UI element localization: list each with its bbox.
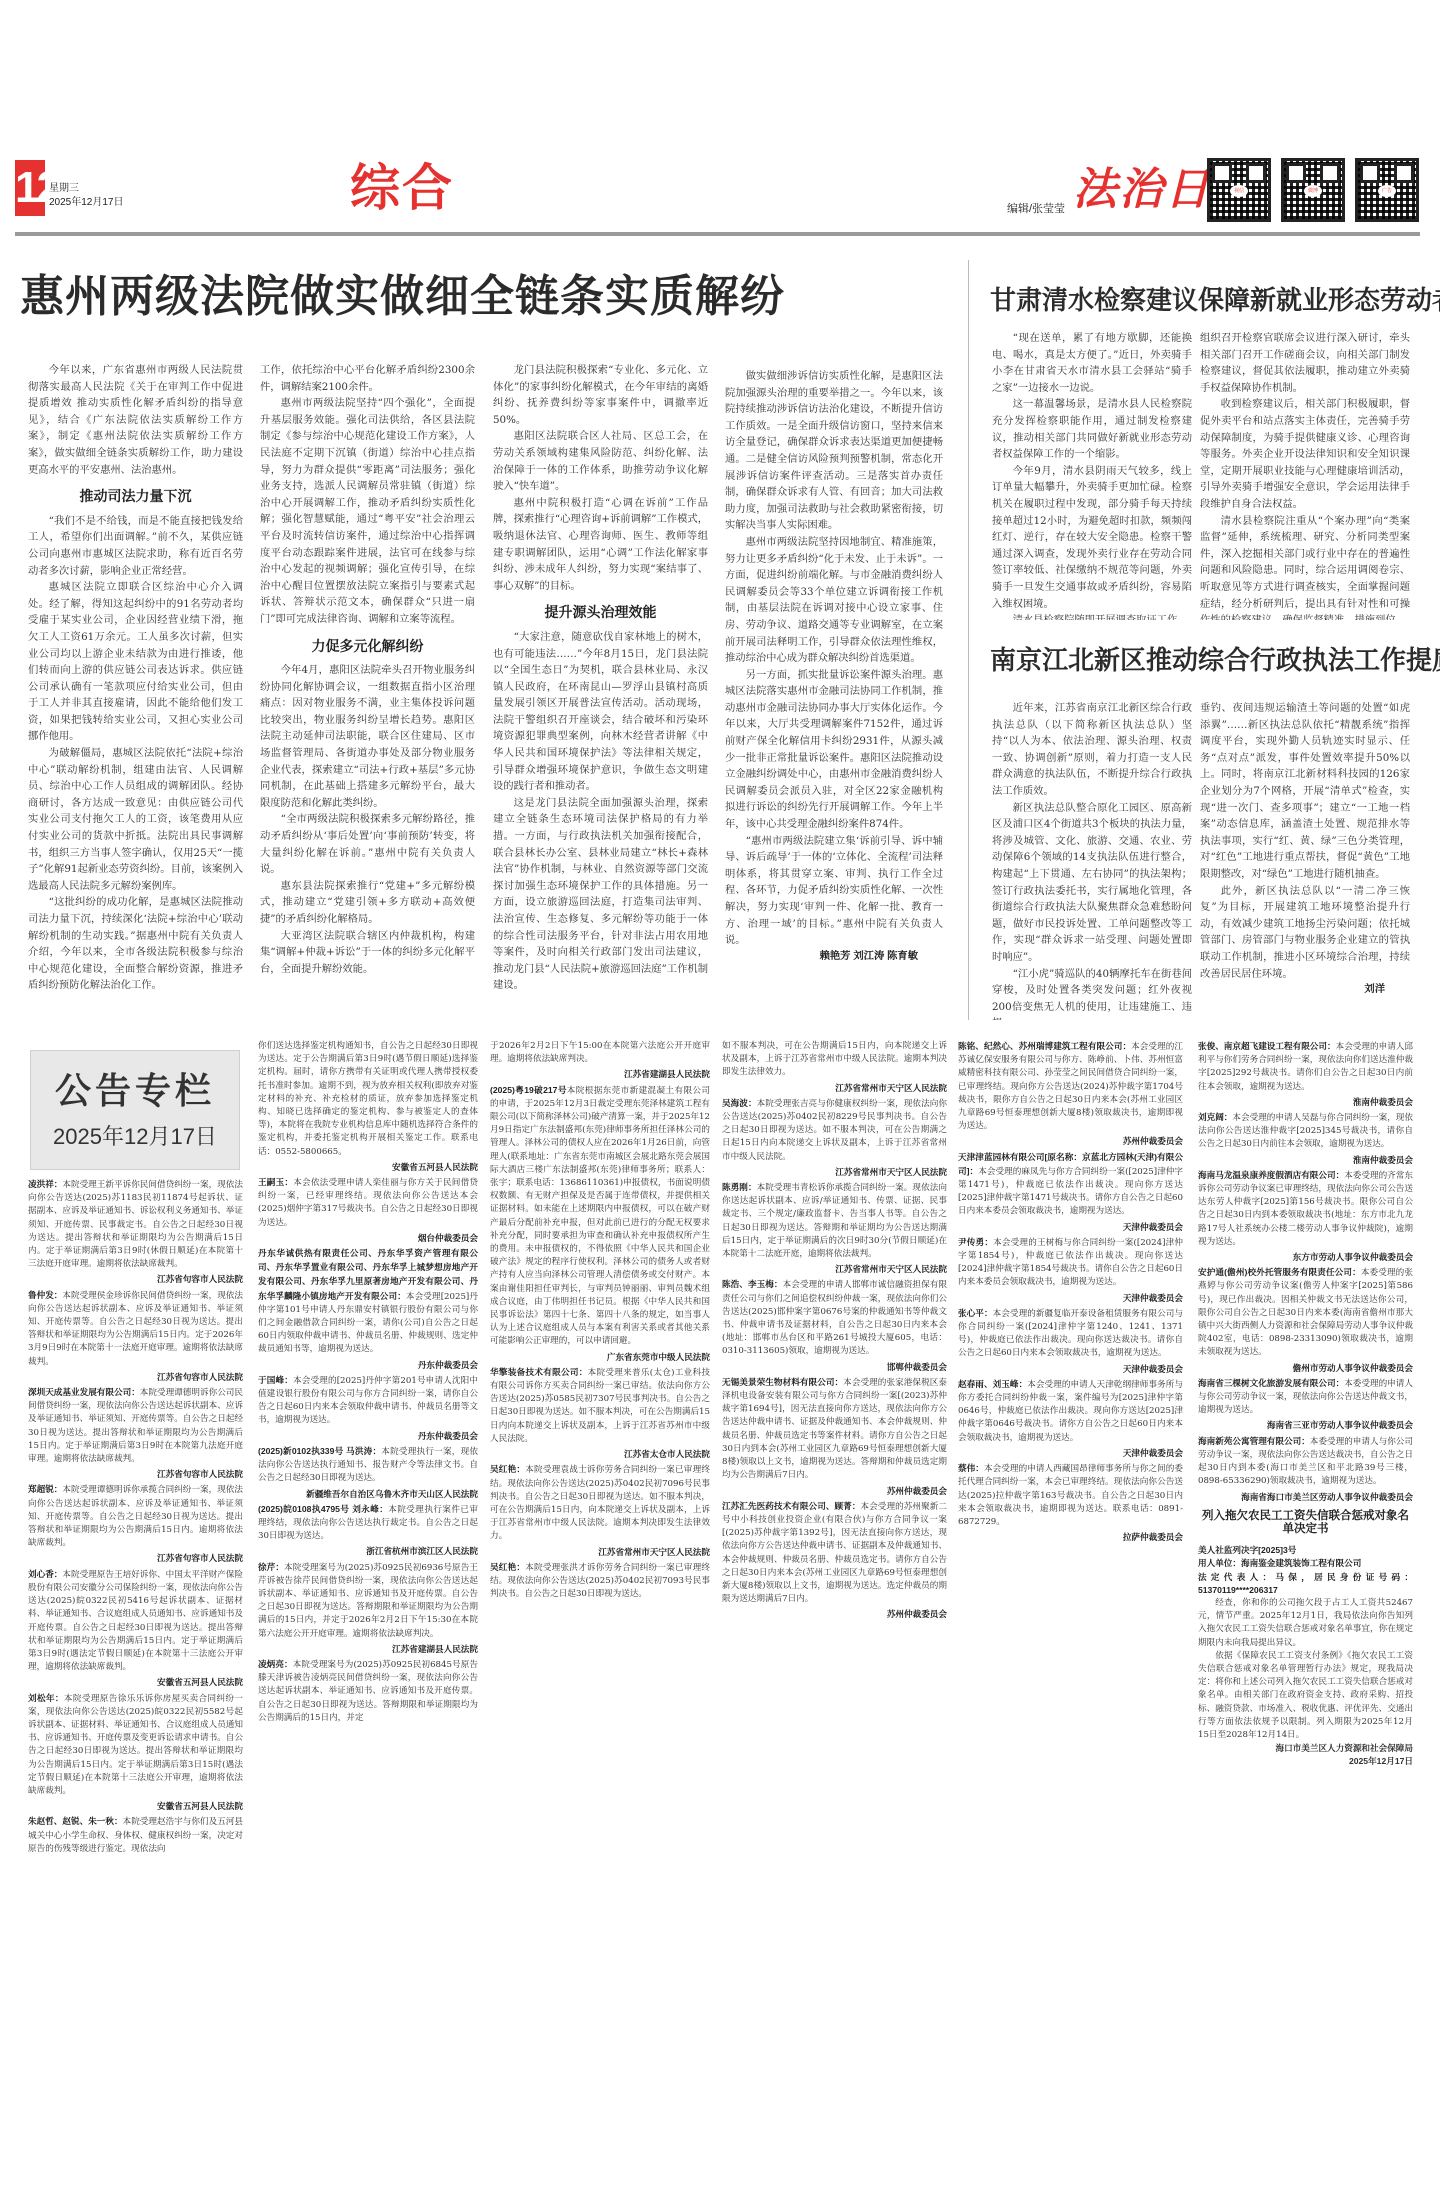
- notice-body: 本院受理谭德明诉你承揽合同纠纷一案，现依法向你公告送达起诉状副本、应诉及举证通知…: [28, 1485, 243, 1548]
- notice-issuer: 江苏省句容市人民法院: [28, 1273, 243, 1286]
- notice-body: 本会受理的新疆复临开泰设备租赁服务有限公司与你合同纠纷一案([2024]津仲字第…: [958, 1309, 1183, 1359]
- notice-body: 本院受理袁战士诉你劳务合同纠纷一案已审理终结。现依法向你公告送达(2025)苏0…: [490, 1465, 710, 1541]
- notice-body: 本会受理的张家港保税区泰泽机电设备安装有限公司与你方合同纠纷一案[(2023)苏…: [722, 1378, 947, 1480]
- legal-notice: 深圳天成基业发展有限公司：本院受理谭德明诉你公司民间借贷纠纷一案，现依法向你公告…: [28, 1386, 243, 1466]
- article-paragraph: 近年来，江苏省南京江北新区综合行政执法总队（以下简称新区执法总队）坚持“以人为本…: [992, 700, 1192, 800]
- legal-notice: 丹东华诚供热有限责任公司、丹东华孚资产管理有限公司、丹东华孚置业有限公司、丹东华…: [258, 1247, 478, 1357]
- notice-body: 于2026年2月2日下午15:00在本院第六法庭公开开庭审理。逾期将依法缺席判决…: [490, 1041, 710, 1064]
- legal-notice: 吴红艳：本院受理袁战士诉你劳务合同纠纷一案已审理终结。现依法向你公告送达(202…: [490, 1463, 710, 1543]
- notice-recipient: 陈铭、纪然心、苏州瑞博建筑工程有限公司：: [958, 1041, 1131, 1051]
- article-paragraph: 垂钓、夜间违规运输渣土等问题的处置“如虎添翼”……新区执法总队依托“精靓系统”指…: [1200, 700, 1410, 883]
- notice-issuer: 江苏省句容市人民法院: [28, 1371, 243, 1384]
- notice-issuer: 苏州仲裁委员会: [722, 1608, 947, 1621]
- notice-issuer: 天津仲裁委员会: [958, 1363, 1183, 1376]
- legal-notice: 安护通(儋州)校外托管服务有限责任公司：本委受理的张燕婷与你公司劳动争议案(儋劳…: [1198, 1266, 1413, 1359]
- notice-issuer: 丹东仲裁委员会: [258, 1359, 478, 1372]
- notice-issuer: 天津仲裁委员会: [958, 1447, 1183, 1460]
- legal-notice: 刘心香：本院受理原告王培好诉你、中国太平洋财产保险股份有限公司安徽分公司保险纠纷…: [28, 1568, 243, 1675]
- article-paragraph: 这一幕温馨场景，是清水县人民检察院充分发挥检察职能作用，通过制发检察建议，推动相…: [992, 396, 1192, 462]
- column-divider: [968, 260, 969, 1020]
- article-paragraph: 惠城区法院立即联合区综治中心介入调处。经了解，得知这起纠纷中的91名劳动者均受雇…: [28, 579, 243, 745]
- legal-notice: 朱赵哲、赵锐、朱一秋：本院受理赵浩宇与你们及五河县城关中心小学生命权、身体权、健…: [28, 1815, 243, 1856]
- legal-notice: 刘克阔：本会受理的申请人吴磊与你合同纠纷一案，现依法向你公告送达淮仲裁字[202…: [1198, 1111, 1413, 1152]
- notice-recipient: 郑超锐：: [28, 1484, 62, 1494]
- article-paragraph: “全市两级法院积极探索多元解纷路径，推动矛盾纠纷从‘事后处置’向‘事前预防’转变…: [260, 811, 475, 877]
- notice-recipient: 吴红艳：: [490, 1464, 525, 1474]
- qr-label: 广告: [1378, 185, 1396, 197]
- legal-notice: 郑超锐：本院受理谭德明诉你承揽合同纠纷一案，现依法向你公告送达起诉状副本、应诉及…: [28, 1483, 243, 1550]
- legal-notice: 天津津蓝园林有限公司[原名称：京蓝北方园林(天津)有限公司]：本会受理的麻凤先与…: [958, 1151, 1183, 1219]
- weekday-label: 星期三: [49, 182, 124, 196]
- article-paragraph: 为破解僵局，惠城区法院依托“法院+综治中心”联动解纷机制，组建由法官、人民调解员…: [28, 745, 243, 894]
- notice-issuer: 浙江省杭州市滨江区人民法院: [258, 1545, 478, 1558]
- notice-recipient: 凌洪祥：: [28, 1179, 62, 1189]
- article-paragraph: 收到检察建议后，相关部门积极履职，督促外卖平台和站点落实主体责任，完善骑手劳动保…: [1200, 396, 1410, 512]
- notice-recipient: 蔡伟：: [958, 1463, 984, 1473]
- notice-issuer: 江苏省常州市天宁区人民法院: [722, 1082, 947, 1095]
- decision-paragraph: 经查，你和你的公司拖欠段于占工人工资共52467元，情节严重。2025年12月1…: [1198, 1597, 1413, 1650]
- notice-recipient: 尹传勇：: [958, 1237, 993, 1247]
- legal-notice: 于2026年2月2日下午15:00在本院第六法庭公开开庭审理。逾期将依法缺席判决…: [490, 1040, 710, 1066]
- legal-notice: 王嗣玉：本会依法受理申请人栾佳丽与你方关于民间借贷纠纷一案，已经审理终结。现依法…: [258, 1176, 478, 1230]
- notice-issuer: 新疆维吾尔自治区乌鲁木齐市天山区人民法院: [258, 1488, 478, 1501]
- notice-recipient: 吴海波：: [722, 1098, 757, 1108]
- notice-issuer: 淮南仲裁委员会: [1198, 1154, 1413, 1167]
- notice-column-6: 张俊、南京超飞建设工程有限公司：本会受理的申请人邱利平与你们劳务合同纠纷一案，现…: [1198, 1040, 1413, 2168]
- legal-notice: 你们送达选择鉴定机构通知书，自公告之日起经30日即视为送达。定于公告期满后第3日…: [258, 1040, 478, 1159]
- side-article-1-column-1: “现在送单，累了有地方歇脚，还能换电、喝水，真是太方便了。”近日，外卖骑手小李在…: [992, 330, 1192, 620]
- notice-body: 你们送达选择鉴定机构通知书，自公告之日起经30日即视为送达。定于公告期满后第3日…: [258, 1041, 478, 1157]
- legal-notice: 陈铭、纪然心、苏州瑞博建筑工程有限公司：本会受理的江苏诚亿保安服务有限公司与你方…: [958, 1040, 1183, 1133]
- notice-issuer: 江苏省建湖县人民法院: [258, 1643, 478, 1656]
- decision-employer: 用人单位：海南鉴金建筑装饰工程有限公司: [1198, 1557, 1413, 1570]
- notice-body: 本会受理[2025]丹仲字第101号申请人丹东鼎安村镇银行股份有限公司与你们之间…: [258, 1292, 478, 1355]
- legal-notice: 海南新苑公寓管理有限公司：本委受理的申请人与你公司劳动争议一案，现依法向你公告送…: [1198, 1435, 1413, 1489]
- notice-banner-title: 公告专栏: [31, 1063, 239, 1114]
- legal-notice: 无锡美景荣生物材料有限公司：本会受理的张家港保税区泰泽机电设备安装有限公司与你方…: [722, 1376, 947, 1483]
- notice-body: 本院根据东莞市新建混凝土有限公司的申请，于2025年12月3日裁定受理东莞泽林建…: [490, 1086, 710, 1347]
- notice-body: 本会受理的申请人天津乾纲律师事务所与你方委托合同纠纷仲裁一案，案件编号为[202…: [958, 1380, 1183, 1443]
- decision-paragraph: 依据《保障农民工工资支付条例》《拖欠农民工工资失信联合惩戒对象名单管理暂行办法》…: [1198, 1650, 1413, 1742]
- qr-code-icon[interactable]: 微博: [1281, 158, 1345, 222]
- notice-recipient: 鲁仲发：: [28, 1290, 62, 1300]
- side-article-2-column-2: 垂钓、夜间违规运输渣土等问题的处置“如虎添翼”……新区执法总队依托“精靓系统”指…: [1200, 700, 1410, 1020]
- notice-recipient: 徐芹：: [258, 1562, 284, 1572]
- notice-issuer: 江苏省句容市人民法院: [28, 1552, 243, 1565]
- section-subheading: 推动司法力量下沉: [28, 488, 243, 505]
- notice-issuer: 天津仲裁委员会: [958, 1292, 1183, 1305]
- notice-column-3: 于2026年2月2日下午15:00在本院第六法庭公开开庭审理。逾期将依法缺席判决…: [490, 1040, 710, 2168]
- page-number-badge: 12: [15, 160, 45, 216]
- notice-issuer: 淮南仲裁委员会: [1198, 1096, 1413, 1109]
- article-paragraph: 大亚湾区法院联合辖区内仲裁机构，构建集“调解+仲裁+诉讼”于一体的纠纷多元化解平…: [260, 928, 475, 978]
- legal-notice: 徐芹：本院受理案号为(2025)苏0925民初6936号原告王芹诉被告徐芹民间借…: [258, 1561, 478, 1641]
- legal-notice: 尹传勇：本会受理的王树梅与你合同纠纷一案([2024]津仲字第1854号)，仲裁…: [958, 1236, 1183, 1290]
- notice-recipient: 刘克阔：: [1198, 1112, 1232, 1122]
- notice-recipient: 江苏汇先医药技术有限公司、顾菁：: [722, 1501, 860, 1511]
- notice-body: 本院受理案号为(2025)苏0925民初6936号原告王芹诉被告徐芹民间借贷纠纷…: [258, 1563, 478, 1639]
- article-paragraph: 惠州市两级法院坚持因地制宜、精准施策，努力让更多矛盾纠纷“化于未发、止于未诉”。…: [725, 534, 943, 667]
- article-paragraph: “我们不是不给钱，而是不能直接把钱发给工人，希望你们出面调解。”前不久，某供应链…: [28, 513, 243, 579]
- article-paragraph: 做实做细涉诉信访实质性化解，是惠阳区法院加强源头治理的重要举措之一。今年以来，该…: [725, 368, 943, 534]
- article-paragraph: 今年4月，惠阳区法院牵头召开物业服务纠纷协同化解协调会议，一组数据直指小区治理痛…: [260, 662, 475, 811]
- legal-notice: 张俊、南京超飞建设工程有限公司：本会受理的申请人邱利平与你们劳务合同纠纷一案，现…: [1198, 1040, 1413, 1094]
- section-title: 综合: [350, 160, 454, 216]
- notice-issuer: 拉萨仲裁委员会: [958, 1531, 1183, 1544]
- legal-notice: 陈勇刚：本院受理韦青松诉你承揽合同纠纷一案。现依法向你送达起诉状副本、应诉/举证…: [722, 1181, 947, 1261]
- notice-body: 本委受理的张燕婷与你公司劳动争议案(儋劳人仲案字[2025]第586号)，现已作…: [1198, 1268, 1413, 1357]
- notice-recipient: 深圳天成基业发展有限公司：: [28, 1387, 140, 1397]
- legal-notice: 赵春雨、刘玉峰：本会受理的申请人天津乾纲律师事务所与你方委托合同纠纷仲裁一案，案…: [958, 1378, 1183, 1445]
- notice-issuer: 海南省三亚市劳动人事争议仲裁委员会: [1198, 1419, 1413, 1432]
- notice-issuer: 苏州仲裁委员会: [958, 1135, 1183, 1148]
- side-article-1-column-2: 组织召开检察官联席会议进行深入研讨，牵头相关部门召开工作磋商会议，向相关部门制发…: [1200, 330, 1410, 620]
- legal-notice: 吴红艳：本院受理张洪才诉你劳务合同纠纷一案已审理终结。现依法向你公告送达(202…: [490, 1561, 710, 1602]
- notice-column-2: 你们送达选择鉴定机构通知书，自公告之日起经30日即视为送达。定于公告期满后第3日…: [258, 1040, 478, 2168]
- section-subheading: 提升源头治理效能: [493, 604, 708, 621]
- legal-notice: 江苏汇先医药技术有限公司、顾菁：本会受理的苏州聚新二号中小科技创业投资企业(有限…: [722, 1500, 947, 1607]
- notice-body: 本院受理侯金珍诉你民间借贷纠纷一案，现依法向你公告送达起诉状副本、应诉及举证通知…: [28, 1291, 243, 1367]
- legal-notice: 华擎装备技术有限公司：本院受理来普乐(太仓)工业科技有限公司诉你方买卖合同纠纷一…: [490, 1366, 710, 1446]
- notice-column-4: 如不服本判决，可在公告期满后15日内，向本院递交上诉状及副本，上诉于江苏省常州市…: [722, 1040, 947, 2168]
- qr-label: 视信: [1230, 185, 1248, 197]
- notice-issuer: 邯郸仲裁委员会: [722, 1361, 947, 1374]
- legal-notice: 张心平：本会受理的新疆复临开泰设备租赁服务有限公司与你合同纠纷一案([2024]…: [958, 1307, 1183, 1361]
- notice-issuer: 海南省海口市美兰区劳动人事争议仲裁委员会: [1198, 1491, 1413, 1504]
- main-article-headline: 惠州两级法院做实做细全链条实质解纷: [20, 260, 785, 324]
- article-paragraph: 惠阳区法院联合区人社局、区总工会，在劳动关系领域构建集风险防范、纠纷化解、法治保…: [493, 428, 708, 494]
- notice-recipient: 陈浩、李玉梅：: [722, 1279, 783, 1289]
- main-article-column-2: 工作，依托综治中心平台化解矛盾纠纷2300余件，调解结案2100余件。惠州市两级…: [260, 362, 475, 1022]
- notice-body: 本委受理的齐常东诉你公司劳动争议案已审理终结，现依法向你公司公告送达东劳人仲裁字…: [1198, 1171, 1413, 1247]
- legal-notice: 海南省三棵树文化旅游发展有限公司：本委受理的申请人与你公司劳动争议一案，现依法向…: [1198, 1377, 1413, 1418]
- notice-banner-date: 2025年12月17日: [31, 1120, 239, 1151]
- legal-notice: (2025)新0102执339号 马洪涛：本院受理执行一案，现依法向你公告送达执…: [258, 1445, 478, 1486]
- qr-label: 微博: [1304, 185, 1322, 197]
- page-masthead: 12 星期三 2025年12月17日 综合 编辑/张莹莹 法治日报 视信 微博 …: [15, 160, 1420, 265]
- notice-recipient: 无锡美景荣生物材料有限公司：: [722, 1377, 843, 1387]
- legal-notice: 陈浩、李玉梅：本会受理的申请人邯郸市诚信融资担保有限责任公司与你们之间追偿权纠纷…: [722, 1278, 947, 1358]
- notice-body: 本院受理王新平诉你民间借贷纠纷一案，现依法向你公告送达(2025)苏1183民初…: [28, 1180, 243, 1269]
- notice-body: 如不服本判决，可在公告期满后15日内，向本院递交上诉状及副本，上诉于江苏省常州市…: [722, 1041, 947, 1077]
- notice-items: 张俊、南京超飞建设工程有限公司：本会受理的申请人邱利平与你们劳务合同纠纷一案，现…: [1198, 1040, 1413, 1504]
- article-paragraph: 惠州中院积极打造“心调在诉前”工作品牌，探索推行“心理咨询+诉前调解”工作模式，…: [493, 495, 708, 595]
- notice-recipient: 张心平：: [958, 1308, 993, 1318]
- decision-legal-rep: 法定代表人：马保，居民身份证号码：51370119****206317: [1198, 1571, 1413, 1597]
- notice-body: 本院受理张吉亮与你健康权纠纷一案，现依法向你公告送达(2025)苏0402民初8…: [722, 1099, 947, 1162]
- legal-notice: 于国峰：本会受理的[2025]丹仲字第201号申请人沈阳中值建设银行股份有限公司…: [258, 1374, 478, 1428]
- legal-notice: 鲁仲发：本院受理侯金珍诉你民间借贷纠纷一案，现依法向你公告送达起诉状副本、应诉及…: [28, 1289, 243, 1369]
- notice-recipient: 张俊、南京超飞建设工程有限公司：: [1198, 1041, 1336, 1051]
- article-paragraph: 惠东县法院探索推行“党建+”多元解纷模式，推动建立“党建引领+多方联动+高效便捷…: [260, 878, 475, 928]
- article-paragraph: 此外，新区执法总队以“一清二净三恢复”为目标，开展建筑工地环境整治提升行动，有效…: [1200, 883, 1410, 983]
- notice-recipient: 刘松年：: [28, 1693, 64, 1703]
- article-paragraph: 这是龙门县法院全面加强源头治理，探索建立全链条生态环境司法保护格局的有力举措。一…: [493, 795, 708, 994]
- notice-recipient: 于国峰：: [258, 1375, 293, 1385]
- notice-recipient: 华擎装备技术有限公司：: [490, 1367, 588, 1377]
- legal-notice: 蔡伟：本会受理的申请人西藏国昂律师事务所与你之间的委托代理合同纠纷一案，本会已审…: [958, 1462, 1183, 1529]
- notice-recipient: 海南省三棵树文化旅游发展有限公司：: [1198, 1378, 1344, 1388]
- notice-issuer: 苏州仲裁委员会: [722, 1485, 947, 1498]
- notice-issuer: 儋州市劳动人事争议仲裁委员会: [1198, 1362, 1413, 1375]
- notice-body: 本会受理的申请人西藏国昂律师事务所与你之间的委托代理合同纠纷一案，本会已审理终结…: [958, 1464, 1183, 1527]
- notice-recipient: (2025)皖0108执4795号 刘永峰：: [258, 1504, 388, 1514]
- section-subheading: 力促多元化解纠纷: [260, 638, 475, 655]
- notice-column-5: 陈铭、纪然心、苏州瑞博建筑工程有限公司：本会受理的江苏诚亿保安服务有限公司与你方…: [958, 1040, 1183, 2168]
- notice-recipient: (2025)粤19破217号: [490, 1085, 567, 1095]
- legal-notice: 如不服本判决，可在公告期满后15日内，向本院递交上诉状及副本，上诉于江苏省常州市…: [722, 1040, 947, 1080]
- side-article-1-headline: 甘肃清水检察建议保障新就业形态劳动者权益: [990, 280, 1440, 317]
- article-paragraph: 另一方面，抓实批量诉讼案件源头治理。惠城区法院落实惠州市金融司法协同工作机制，推…: [725, 667, 943, 833]
- notice-recipient: 海南新苑公寓管理有限公司：: [1198, 1436, 1310, 1446]
- article-paragraph: “现在送单，累了有地方歇脚，还能换电、喝水，真是太方便了。”近日，外卖骑手小李在…: [992, 330, 1192, 396]
- notice-recipient: (2025)新0102执339号 马洪涛：: [258, 1446, 381, 1456]
- article-paragraph: 今年9月，清水县阴雨天气较多，线上订单量大幅攀升，外卖骑手更加忙碌。检察机关在履…: [992, 463, 1192, 612]
- notice-column-banner: 公告专栏 2025年12月17日: [30, 1050, 240, 1170]
- legal-notice: 吴海波：本院受理张吉亮与你健康权纠纷一案，现依法向你公告送达(2025)苏040…: [722, 1097, 947, 1164]
- notice-issuer: 天津仲裁委员会: [958, 1221, 1183, 1234]
- legal-notice: (2025)粤19破217号本院根据东莞市新建混凝土有限公司的申请，于2025年…: [490, 1084, 710, 1349]
- notice-recipient: 吴红艳：: [490, 1562, 525, 1572]
- notice-body: 本院受理谭德明诉你公司民间借贷纠纷一案，现依法向你公告送达起诉状副本、应诉及举证…: [28, 1388, 243, 1464]
- notice-issuer: 东方市劳动人事争议仲裁委员会: [1198, 1251, 1413, 1264]
- notice-recipient: 朱赵哲、赵锐、朱一秋：: [28, 1816, 123, 1826]
- editor-credit: 编辑/张莹莹: [1007, 200, 1065, 216]
- article-paragraph: 组织召开检察官联席会议进行深入研讨，牵头相关部门召开工作磋商会议，向相关部门制发…: [1200, 330, 1410, 396]
- notice-body: 本会受理的苏州聚新二号中小科技创业投资企业(有限合伙)与你方合同争议一案[(20…: [722, 1502, 947, 1604]
- notice-issuer: 安徽省五河县人民法院: [28, 1676, 243, 1689]
- issue-meta: 星期三 2025年12月17日: [49, 182, 124, 210]
- legal-notice: 海南马龙温泉康养度假酒店有限公司：本委受理的齐常东诉你公司劳动争议案已审理终结，…: [1198, 1169, 1413, 1249]
- notice-recipient: 王嗣玉：: [258, 1177, 293, 1187]
- notice-issuer: 丹东仲裁委员会: [258, 1430, 478, 1443]
- issue-date: 2025年12月17日: [49, 196, 124, 210]
- main-article-column-1: 今年以来，广东省惠州市两级人民法院贯彻落实最高人民法院《关于在审判工作中促进提质…: [28, 362, 243, 1022]
- legal-notice: (2025)皖0108执4795号 刘永峰：本院受理执行案件已审理终结，现依法向…: [258, 1503, 478, 1544]
- author-byline: 赖艳芳 刘江涛 陈育敏: [725, 949, 943, 966]
- article-paragraph: “江小虎”骑巡队的40辆摩托车在街巷间穿梭，及时处置各类突发问题；红外夜视200…: [992, 966, 1192, 1021]
- notice-issuer: 江苏省常州市天宁区人民法院: [722, 1263, 947, 1276]
- side-article-2-headline: 南京江北新区推动综合行政执法工作提质增效: [990, 640, 1440, 677]
- article-paragraph: 新区执法总队整合原化工园区、原高新区及浦口区4个街道共3个板块的执法力量，将涉及…: [992, 800, 1192, 966]
- article-paragraph: 今年以来，广东省惠州市两级人民法院贯彻落实最高人民法院《关于在审判工作中促进提质…: [28, 362, 243, 478]
- legal-notice: 凌炳亮：本院受理案号为(2025)苏0925民初6845号原告滕天津诉被告凌炳亮…: [258, 1658, 478, 1725]
- qr-code-icon[interactable]: 广告: [1355, 158, 1419, 222]
- notice-body: 本会受理的江苏诚亿保安服务有限公司与你方、陈峥前、卜伟、苏州恒富威精密科技有限公…: [958, 1042, 1183, 1131]
- author-byline: 刘洋: [1200, 982, 1410, 999]
- notice-recipient: 刘心香：: [28, 1569, 62, 1579]
- notice-recipient: 陈勇刚：: [722, 1182, 757, 1192]
- notice-issuer: 烟台仲裁委员会: [258, 1232, 478, 1245]
- notice-issuer: 江苏省句容市人民法院: [28, 1468, 243, 1481]
- notice-body: 本院受理案号为(2025)苏0925民初6845号原告滕天津诉被告凌炳亮民间借贷…: [258, 1660, 478, 1723]
- notice-recipient: 赵春雨、刘玉峰：: [958, 1379, 1027, 1389]
- notice-issuer: 江苏省建湖县人民法院: [490, 1068, 710, 1081]
- notice-body: 本院受理原告王培好诉你、中国太平洋财产保险股份有限公司安徽分公司保险纠纷一案，现…: [28, 1570, 243, 1672]
- notice-issuer: 江苏省太仓市人民法院: [490, 1448, 710, 1461]
- notice-body: 本会受理的申请人邯郸市诚信融资担保有限责任公司与你们之间追偿权纠纷仲裁一案，现依…: [722, 1280, 947, 1356]
- side-article-2-column-1: 近年来，江苏省南京江北新区综合行政执法总队（以下简称新区执法总队）坚持“以人为本…: [992, 700, 1192, 1020]
- article-paragraph: 清水县检察院注重从“个案办理”向“类案监督”延伸，系统梳理、研究、分析同类型案件…: [1200, 513, 1410, 620]
- article-paragraph: 惠州市两级法院坚持“四个强化”，全面提升基层服务效能。强化司法供给，各区县法院制…: [260, 395, 475, 627]
- notice-issuer: 江苏省常州市天宁区人民法院: [722, 1166, 947, 1179]
- legal-notice: 凌洪祥：本院受理王新平诉你民间借贷纠纷一案，现依法向你公告送达(2025)苏11…: [28, 1178, 243, 1271]
- article-paragraph: “惠州市两级法院建立集‘诉前引导、诉中辅导、诉后疏导’于一体的‘立体化、全流程’…: [725, 833, 943, 949]
- notice-recipient: 安护通(儋州)校外托管服务有限责任公司：: [1198, 1267, 1361, 1277]
- decision-date: 2025年12月17日: [1198, 1755, 1413, 1768]
- article-paragraph: 龙门县法院积极探索“专业化、多元化、立体化”的家事纠纷化解模式，在今年审结的离婚…: [493, 362, 708, 428]
- qr-code-row: 视信 微博 广告: [1207, 158, 1419, 222]
- notice-body: 本院受理来普乐(太仓)工业科技有限公司诉你方买卖合同纠纷一案已审结。依法向你方公…: [490, 1368, 710, 1444]
- article-paragraph: 工作，依托综治中心平台化解矛盾纠纷2300余件，调解结案2100余件。: [260, 362, 475, 395]
- qr-code-icon[interactable]: 视信: [1207, 158, 1271, 222]
- article-paragraph: 清水县检察院随即开展调查取证工作，: [992, 612, 1192, 620]
- notice-column-1: 凌洪祥：本院受理王新平诉你民间借贷纠纷一案，现依法向你公告送达(2025)苏11…: [28, 1178, 243, 2168]
- notice-body: 本院受理韦青松诉你承揽合同纠纷一案。现依法向你送达起诉状副本、应诉/举证通知书、…: [722, 1183, 947, 1259]
- notice-body: 本会受理的麻凤先与你方合同纠纷一案([2025]津仲字第1471号)，仲裁庭已依…: [958, 1167, 1183, 1217]
- masthead-divider: [15, 232, 1420, 236]
- article-paragraph: “大家注意，随意砍伐自家林地上的树木，也有可能违法……”今年8月15日，龙门县法…: [493, 629, 708, 795]
- notice-issuer: 广东省东莞市中级人民法院: [490, 1351, 710, 1364]
- notice-body: 本院受理原告徐乐乐诉你房屋买卖合同纠纷一案，现依法向你公告送达(2025)皖03…: [28, 1694, 243, 1796]
- decision-issuer: 海口市美兰区人力资源和社会保障局: [1198, 1742, 1413, 1755]
- notice-recipient: 凌炳亮：: [258, 1659, 293, 1669]
- wage-arrears-decision: 列入拖欠农民工工资失信联合惩戒对象名单决定书 美人社监列决字[2025]3号 用…: [1198, 1510, 1413, 1769]
- decision-title: 列入拖欠农民工工资失信联合惩戒对象名单决定书: [1198, 1510, 1413, 1536]
- main-article-column-3: 龙门县法院积极探索“专业化、多元化、立体化”的家事纠纷化解模式，在今年审结的离婚…: [493, 362, 708, 1022]
- notice-recipient: 海南马龙温泉康养度假酒店有限公司：: [1198, 1170, 1344, 1180]
- notice-issuer: 江苏省常州市天宁区人民法院: [490, 1546, 710, 1559]
- notice-issuer: 安徽省五河县人民法院: [258, 1161, 478, 1174]
- legal-notice: 刘松年：本院受理原告徐乐乐诉你房屋买卖合同纠纷一案，现依法向你公告送达(2025…: [28, 1692, 243, 1799]
- main-article-column-4: 做实做细涉诉信访实质性化解，是惠阳区法院加强源头治理的重要举措之一。今年以来，该…: [725, 368, 943, 1028]
- decision-doc-number: 美人社监列决字[2025]3号: [1198, 1544, 1413, 1557]
- article-paragraph: “这批纠纷的成功化解，是惠城区法院推动司法力量下沉，持续深化‘法院+综治中心’联…: [28, 894, 243, 994]
- notice-issuer: 安徽省五河县人民法院: [28, 1800, 243, 1813]
